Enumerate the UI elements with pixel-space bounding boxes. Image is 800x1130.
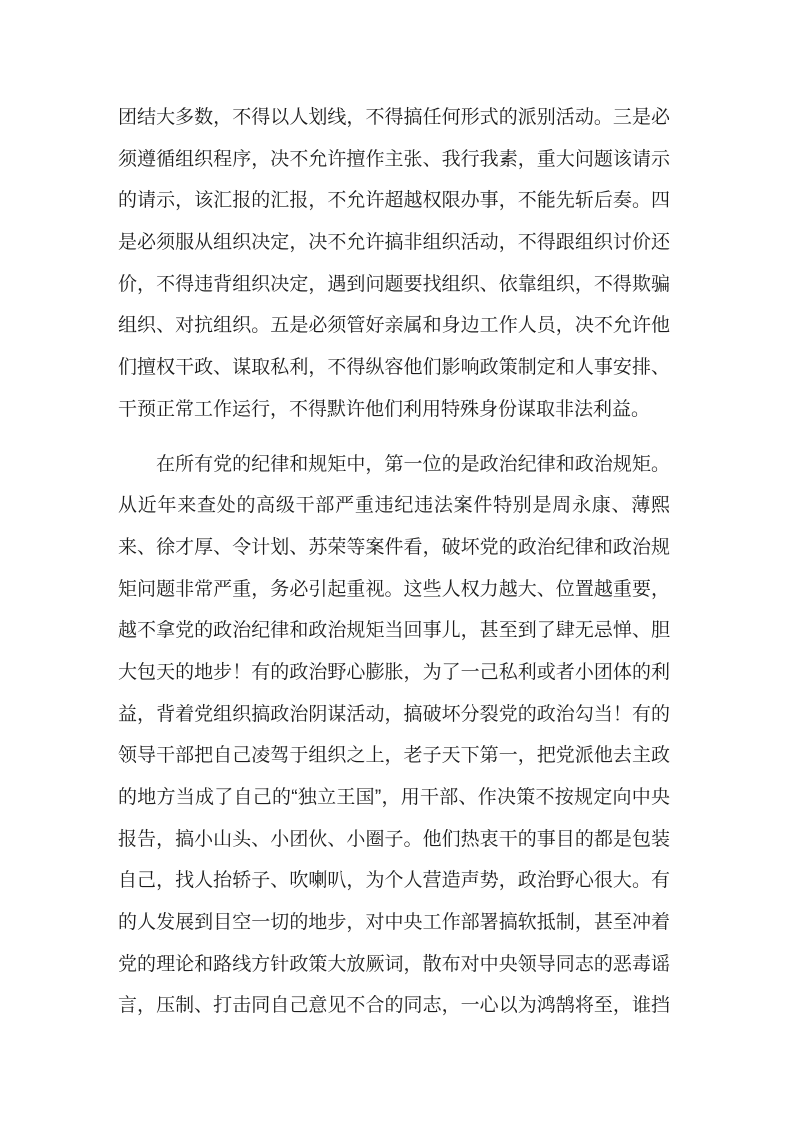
text-line: 干预正常工作运行，不得默许他们利用特殊身份谋取非法利益。 [118, 389, 670, 431]
paragraph: 在所有党的纪律和规矩中，第一位的是政治纪律和政治规矩。 从近年来查处的高级干部严… [118, 444, 670, 1028]
text-line: 党的理论和路线方针政策大放厥词，散布对中央领导同志的恶毒谣 [118, 944, 670, 986]
text-line: 言，压制、打击同自己意见不合的同志，一心以为鸿鹄将至，谁挡 [118, 985, 670, 1027]
text-line: 的人发展到目空一切的地步，对中央工作部署搞软抵制，甚至冲着 [118, 902, 670, 944]
document-page: 团结大多数，不得以人划线，不得搞任何形式的派别活动。三是必 须遵循组织程序，决不… [0, 0, 800, 1130]
document-text-block: 团结大多数，不得以人划线，不得搞任何形式的派别活动。三是必 须遵循组织程序，决不… [118, 97, 670, 1027]
text-line: 越不拿党的政治纪律和政治规矩当回事儿，甚至到了肆无忌惮、胆 [118, 610, 670, 652]
text-line: 组织、对抗组织。五是必须管好亲属和身边工作人员，决不允许他 [118, 305, 670, 347]
text-line: 领导干部把自己凌驾于组织之上，老子天下第一，把党派他去主政 [118, 735, 670, 777]
paragraph: 团结大多数，不得以人划线，不得搞任何形式的派别活动。三是必 须遵循组织程序，决不… [118, 97, 670, 431]
text-line: 的地方当成了自己的“独立王国”，用干部、作决策不按规定向中央 [118, 777, 670, 819]
text-line: 自己，找人抬轿子、吹喇叭，为个人营造声势，政治野心很大。有 [118, 860, 670, 902]
text-line: 从近年来查处的高级干部严重违纪违法案件特别是周永康、薄熙 [118, 485, 670, 527]
text-line: 来、徐才厚、令计划、苏荣等案件看，破坏党的政治纪律和政治规 [118, 527, 670, 569]
text-line: 是必须服从组织决定，决不允许搞非组织活动，不得跟组织讨价还 [118, 222, 670, 264]
text-line: 大包天的地步！有的政治野心膨胀，为了一己私利或者小团体的利 [118, 652, 670, 694]
text-line: 团结大多数，不得以人划线，不得搞任何形式的派别活动。三是必 [118, 97, 670, 139]
text-line: 须遵循组织程序，决不允许擅作主张、我行我素，重大问题该请示 [118, 139, 670, 181]
text-line: 的请示，该汇报的汇报，不允许超越权限办事，不能先斩后奏。四 [118, 180, 670, 222]
text-line: 矩问题非常严重，务必引起重视。这些人权力越大、位置越重要， [118, 569, 670, 611]
text-line: 们擅权干政、谋取私利，不得纵容他们影响政策制定和人事安排、 [118, 347, 670, 389]
text-line: 报告，搞小山头、小团伙、小圈子。他们热衷干的事目的都是包装 [118, 819, 670, 861]
text-line: 益，背着党组织搞政治阴谋活动，搞破坏分裂党的政治勾当！有的 [118, 694, 670, 736]
text-line: 价，不得违背组织决定，遇到问题要找组织、依靠组织，不得欺骗 [118, 264, 670, 306]
text-line: 在所有党的纪律和规矩中，第一位的是政治纪律和政治规矩。 [118, 444, 670, 486]
